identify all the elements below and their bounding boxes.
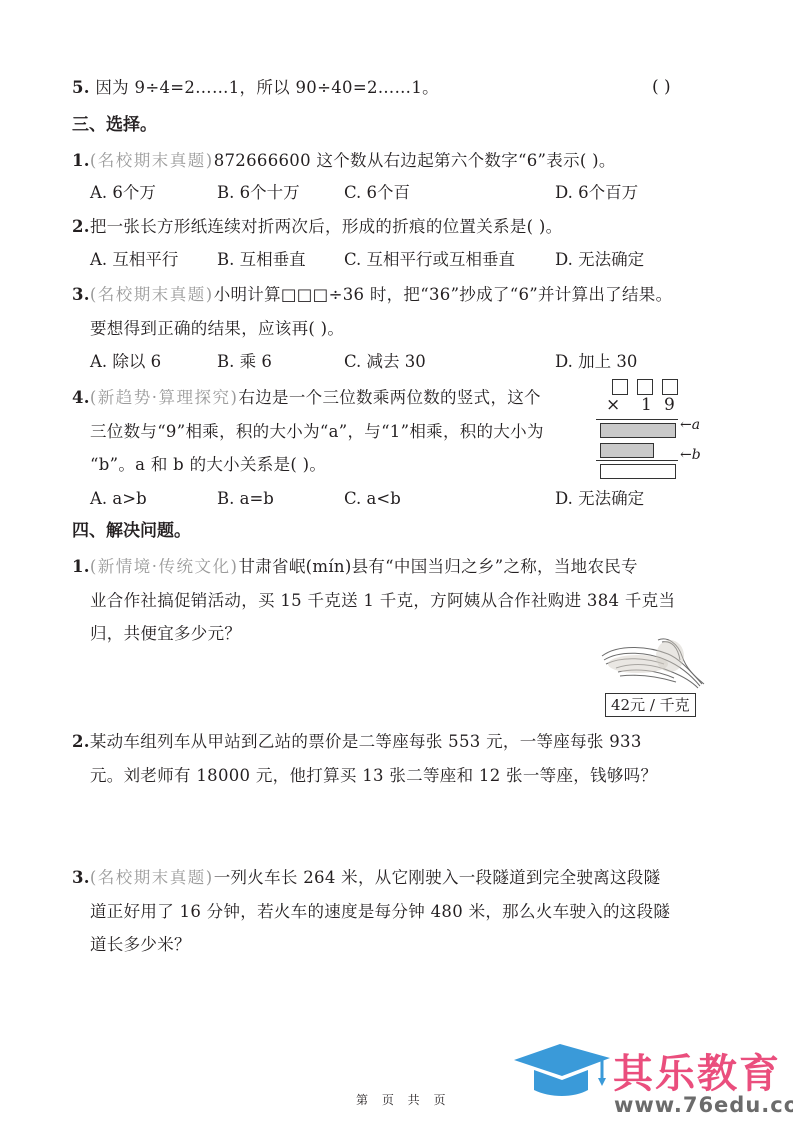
arrow-left-icon: ← xyxy=(680,447,692,463)
multiplier-digit-ones: 9 xyxy=(664,395,675,415)
question-text-line-2: 道正好用了 16 分钟，若火车的速度是每分钟 480 米，那么火车驶入的这段隧 xyxy=(90,901,670,923)
question-number: 4. xyxy=(72,388,90,407)
question-number: 1. xyxy=(72,151,90,170)
option-d[interactable]: D. 6个百万 xyxy=(555,182,638,204)
question-text-line-3: “b”。a 和 b 的大小关系是( )。 xyxy=(90,454,326,476)
choice-question-2: 2.把一张长方形纸连续对折两次后，形成的折痕的位置关系是( )。 xyxy=(72,216,562,238)
multiply-sign: × xyxy=(606,395,620,415)
option-b[interactable]: B. 6个十万 xyxy=(217,182,300,204)
question-number: 3. xyxy=(72,285,90,304)
choice-question-4: 4.(新趋势·算理探究)右边是一个三位数乘两位数的竖式，这个 xyxy=(72,387,541,409)
option-a[interactable]: A. a>b xyxy=(90,488,147,510)
brand-name: 其乐教育 xyxy=(613,1042,781,1099)
option-a[interactable]: A. 互相平行 xyxy=(90,249,178,271)
question-text-line-2: 三位数与“9”相乘，积的大小为“a”，与“1”相乘，积的大小为 xyxy=(90,421,544,443)
question-text: 右边是一个三位数乘两位数的竖式，这个 xyxy=(238,388,540,407)
question-number: 2. xyxy=(72,217,90,236)
question-tag: (名校期末真题) xyxy=(90,868,214,887)
divider-line xyxy=(596,460,678,461)
section-heading-problems: 四、解决问题。 xyxy=(72,520,191,542)
question-text-line-2: 要想得到正确的结果，应该再( )。 xyxy=(90,318,344,340)
question-text-line-3: 道长多少米？ xyxy=(90,934,191,956)
vertical-multiplication-diagram: × 1 9 ←a ←b xyxy=(580,370,720,480)
digit-box xyxy=(612,379,628,395)
question-number: 5. xyxy=(72,78,90,97)
question-text: 甘肃省岷(mín)县有“中国当归之乡”之称，当地农民专 xyxy=(238,557,637,576)
option-d[interactable]: D. 无法确定 xyxy=(555,249,644,271)
product-bar-a xyxy=(600,423,676,438)
question-tag: (名校期末真题) xyxy=(90,151,214,170)
digit-box xyxy=(637,379,653,395)
question-tag: (新趋势·算理探究) xyxy=(90,388,239,407)
question-5: 5. 因为 9÷4=2……1，所以 90÷40=2……1。 xyxy=(72,77,439,99)
option-a[interactable]: A. 6个万 xyxy=(90,182,156,204)
option-b[interactable]: B. 互相垂直 xyxy=(217,249,306,271)
option-c[interactable]: C. a<b xyxy=(344,488,401,510)
problem-question-1: 1.(新情境·传统文化)甘肃省岷(mín)县有“中国当归之乡”之称，当地农民专 xyxy=(72,556,638,578)
section-heading-choice: 三、选择。 xyxy=(72,114,157,136)
option-c[interactable]: C. 互相平行或互相垂直 xyxy=(344,249,515,271)
label-a-text: a xyxy=(692,417,700,433)
page-footer: 第 页 共 页 xyxy=(356,1091,450,1108)
product-bar-b xyxy=(600,443,654,458)
question-number: 2. xyxy=(72,732,90,751)
question-tag: (新情境·传统文化) xyxy=(90,557,239,576)
question-text: 小明计算□□□÷36 时，把“36”抄成了“6”并计算出了结果。 xyxy=(214,285,673,304)
option-b[interactable]: B. a=b xyxy=(217,488,274,510)
question-text-line-2: 业合作社搞促销活动，买 15 千克送 1 千克，方阿姨从合作社购进 384 千克… xyxy=(90,590,675,612)
question-text: 某动车组列车从甲站到乙站的票价是二等座每张 553 元，一等座每张 933 xyxy=(90,732,642,751)
label-b: ←b xyxy=(680,447,701,463)
angelica-root-image xyxy=(598,634,708,690)
question-text: 一列火车长 264 米，从它刚驶入一段隧道到完全驶离这段隧 xyxy=(214,868,661,887)
result-bar xyxy=(600,464,676,479)
question-number: 1. xyxy=(72,557,90,576)
choice-question-1: 1.(名校期末真题)872666600 这个数从右边起第六个数字“6”表示( )… xyxy=(72,150,616,172)
question-text-line-3: 归，共便宜多少元？ xyxy=(90,623,241,645)
multiplier-digit-tens: 1 xyxy=(641,395,652,415)
divider-line xyxy=(596,419,678,420)
arrow-left-icon: ← xyxy=(680,417,692,433)
label-a: ←a xyxy=(680,417,700,433)
digit-box xyxy=(662,379,678,395)
problem-question-3: 3.(名校期末真题)一列火车长 264 米，从它刚驶入一段隧道到完全驶离这段隧 xyxy=(72,867,660,889)
option-c[interactable]: C. 减去 30 xyxy=(344,351,426,373)
option-b[interactable]: B. 乘 6 xyxy=(217,351,272,373)
answer-blank[interactable]: ( ) xyxy=(652,77,671,97)
question-text: 把一张长方形纸连续对折两次后，形成的折痕的位置关系是( )。 xyxy=(90,217,563,236)
price-tag: 42元 / 千克 xyxy=(605,693,696,717)
question-text: 因为 9÷4=2……1，所以 90÷40=2……1。 xyxy=(95,78,439,97)
option-c[interactable]: C. 6个百 xyxy=(344,182,410,204)
question-text-line-2: 元。刘老师有 18000 元，他打算买 13 张二等座和 12 张一等座，钱够吗… xyxy=(90,765,657,787)
label-b-text: b xyxy=(692,447,701,463)
question-text: 872666600 这个数从右边起第六个数字“6”表示( )。 xyxy=(214,151,616,170)
question-tag: (名校期末真题) xyxy=(90,285,214,304)
option-a[interactable]: A. 除以 6 xyxy=(90,351,161,373)
question-number: 3. xyxy=(72,868,90,887)
graduation-cap-icon xyxy=(510,1040,620,1100)
problem-question-2: 2.某动车组列车从甲站到乙站的票价是二等座每张 553 元，一等座每张 933 xyxy=(72,731,642,753)
option-d[interactable]: D. 无法确定 xyxy=(555,488,644,510)
brand-url: www.76edu.com xyxy=(614,1093,793,1117)
choice-question-3: 3.(名校期末真题)小明计算□□□÷36 时，把“36”抄成了“6”并计算出了结… xyxy=(72,284,672,306)
